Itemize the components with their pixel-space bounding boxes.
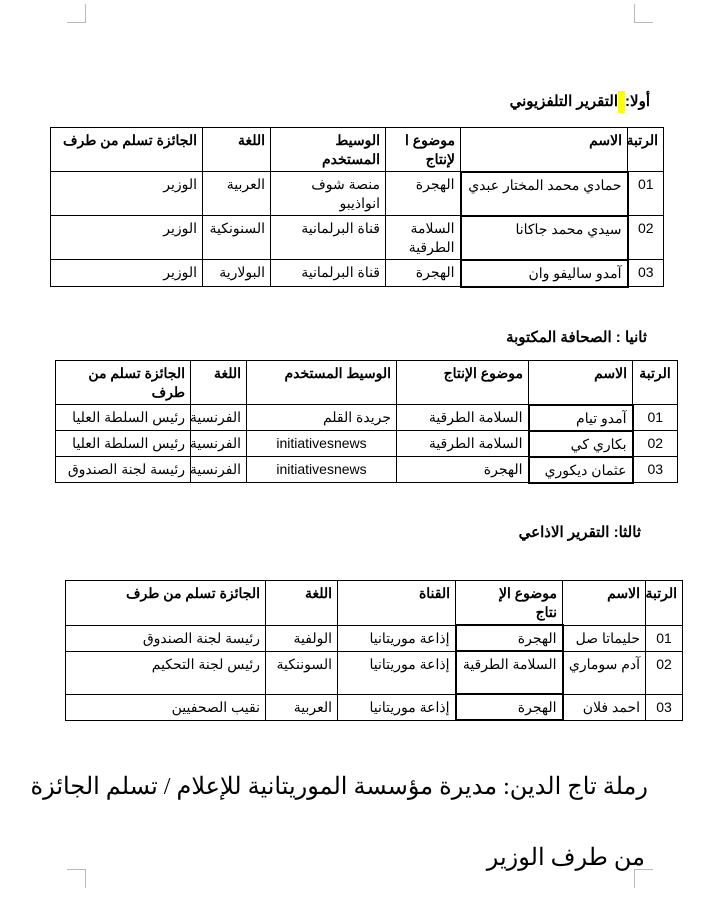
cell-prize: رئيس لجنة التحكيم bbox=[66, 651, 266, 694]
header-name: الاسم bbox=[529, 361, 633, 405]
cell-name: احمد فلان bbox=[563, 694, 646, 720]
cell-name: آمدو تيام bbox=[529, 405, 633, 431]
table-header-row: الرتبة الاسم موضوع ا لإنتاج الوسيط المست… bbox=[51, 128, 664, 172]
written-press-table: الرتبة الاسم موضوع الإنتاج الوسيط المستخ… bbox=[55, 360, 678, 484]
cell-language: العربية bbox=[203, 172, 271, 216]
table-header-row: الرتبة الاسم موضوع الإ نتاج القناة اللغة… bbox=[66, 581, 683, 626]
cell-subject: الهجرة bbox=[456, 694, 563, 720]
cell-language: الفرنسية bbox=[191, 405, 247, 431]
header-medium: الوسيط المستخدم bbox=[271, 128, 386, 172]
cell-subject: السلامة الطرقية bbox=[397, 431, 529, 457]
header-rank: الرتبة bbox=[628, 128, 664, 172]
header-subject: موضوع الإ نتاج bbox=[456, 581, 563, 626]
cell-name: آدم سوماري bbox=[563, 651, 646, 694]
header-name: الاسم bbox=[461, 128, 628, 172]
table-row: 02 سيدي محمد جاكانا السلامة الطرقية قناة… bbox=[51, 216, 664, 260]
cell-channel: إذاعة موريتانيا bbox=[338, 694, 456, 720]
cell-language: الفرنسية bbox=[191, 431, 247, 457]
tv-report-table: الرتبة الاسم موضوع ا لإنتاج الوسيط المست… bbox=[50, 127, 664, 288]
cell-language: الولفية bbox=[266, 625, 338, 651]
table-row: 03 عثمان ديكوري الهجرة initiativesnews ا… bbox=[56, 457, 678, 483]
header-prize: الجائزة تسلم من طرف bbox=[51, 128, 203, 172]
cell-language: السوننكية bbox=[266, 651, 338, 694]
cell-subject: الهجرة bbox=[386, 172, 461, 216]
header-medium-line1: الوسيط bbox=[276, 131, 380, 150]
page-boundary-mark-top-right bbox=[634, 4, 653, 23]
section-title-prefix: أولا: bbox=[625, 93, 650, 110]
cell-name: بكاري كي bbox=[529, 431, 633, 457]
cell-medium: قناة البرلمانية bbox=[271, 260, 386, 287]
cell-rank: 03 bbox=[646, 694, 683, 720]
table-row: 03 احمد فلان الهجرة إذاعة موريتانيا العر… bbox=[66, 694, 683, 720]
header-channel: القناة bbox=[338, 581, 456, 626]
cell-rank: 02 bbox=[628, 216, 664, 260]
cell-prize: نقيب الصحفيين bbox=[66, 694, 266, 720]
cell-prize: الوزير bbox=[51, 216, 203, 260]
table-row: 01 حليماتا صل الهجرة إذاعة موريتانيا الو… bbox=[66, 625, 683, 651]
header-prize: الجائزة تسلم من طرف bbox=[56, 361, 191, 405]
radio-report-table: الرتبة الاسم موضوع الإ نتاج القناة اللغة… bbox=[65, 580, 683, 721]
cell-medium: قناة البرلمانية bbox=[271, 216, 386, 260]
cell-subject: السلامة الطرقية bbox=[397, 405, 529, 431]
cell-rank: 01 bbox=[628, 172, 664, 216]
cell-rank: 01 bbox=[633, 405, 678, 431]
header-rank: الرتبة bbox=[633, 361, 678, 405]
cell-language: البولارية bbox=[203, 260, 271, 287]
table-row: 02 بكاري كي السلامة الطرقية initiativesn… bbox=[56, 431, 678, 457]
cell-name: حمادي محمد المختار عبدي bbox=[461, 172, 628, 216]
cell-prize: رئيسة لجنة الصندوق bbox=[66, 625, 266, 651]
cell-rank: 01 bbox=[646, 625, 683, 651]
cell-channel: إذاعة موريتانيا bbox=[338, 625, 456, 651]
header-language: اللغة bbox=[266, 581, 338, 626]
cell-language: الفرنسية bbox=[191, 457, 247, 483]
cell-subject: السلامة الطرقية bbox=[386, 216, 461, 260]
cell-rank: 03 bbox=[633, 457, 678, 483]
header-subject-line2: نتاج bbox=[461, 603, 557, 622]
header-medium: الوسيط المستخدم bbox=[247, 361, 397, 405]
table-row: 01 آمدو تيام السلامة الطرقية جريدة القلم… bbox=[56, 405, 678, 431]
cell-language: العربية bbox=[266, 694, 338, 720]
header-subject-line1: موضوع الإ bbox=[461, 584, 557, 603]
header-subject-line2: لإنتاج bbox=[391, 150, 455, 169]
cell-prize: رئيسة لجنة الصندوق bbox=[56, 457, 191, 483]
header-prize: الجائزة تسلم من طرف bbox=[66, 581, 266, 626]
cell-prize: رئيس السلطة العليا bbox=[56, 405, 191, 431]
cell-medium: جريدة القلم bbox=[247, 405, 397, 431]
header-language: اللغة bbox=[191, 361, 247, 405]
header-language: اللغة bbox=[203, 128, 271, 172]
header-subject: موضوع ا لإنتاج bbox=[386, 128, 461, 172]
table-row: 02 آدم سوماري السلامة الطرقية إذاعة موري… bbox=[66, 651, 683, 694]
cell-medium: initiativesnews bbox=[247, 457, 397, 483]
cell-rank: 03 bbox=[628, 260, 664, 287]
header-name: الاسم bbox=[563, 581, 646, 626]
header-rank: الرتبة bbox=[646, 581, 683, 626]
page-boundary-mark-top-left bbox=[67, 4, 86, 23]
section-title-text: التقرير التلفزيوني bbox=[510, 93, 618, 110]
table-row: 03 آمدو ساليفو وان الهجرة قناة البرلماني… bbox=[51, 260, 664, 287]
cell-prize: رئيس السلطة العليا bbox=[56, 431, 191, 457]
section-title-radio-report: ثالثا: التقرير الاذاعي bbox=[519, 522, 641, 544]
footer-attribution-line1: رملة تاج الدين: مديرة مؤسسة الموريتانية … bbox=[31, 772, 648, 802]
footer-attribution-line2: من طرف الوزير bbox=[487, 843, 645, 873]
header-medium-line2: المستخدم bbox=[276, 150, 380, 169]
cell-rank: 02 bbox=[646, 651, 683, 694]
header-subject: موضوع الإنتاج bbox=[397, 361, 529, 405]
cell-channel: إذاعة موريتانيا bbox=[338, 651, 456, 694]
table-header-row: الرتبة الاسم موضوع الإنتاج الوسيط المستخ… bbox=[56, 361, 678, 405]
cell-prize: الوزير bbox=[51, 260, 203, 287]
cell-medium: initiativesnews bbox=[247, 431, 397, 457]
section-title-tv-report: أولا: التقرير التلفزيوني bbox=[510, 91, 650, 113]
cell-language: السنونكية bbox=[203, 216, 271, 260]
cell-subject: الهجرة bbox=[386, 260, 461, 287]
cell-name: سيدي محمد جاكانا bbox=[461, 216, 628, 260]
cell-subject: السلامة الطرقية bbox=[456, 651, 563, 694]
page-boundary-mark-bottom-left bbox=[67, 869, 86, 888]
cell-medium: منصة شوف انواذيبو bbox=[271, 172, 386, 216]
cell-subject: الهجرة bbox=[456, 625, 563, 651]
header-subject-line1: موضوع ا bbox=[391, 131, 455, 150]
cell-rank: 02 bbox=[633, 431, 678, 457]
table-row: 01 حمادي محمد المختار عبدي الهجرة منصة ش… bbox=[51, 172, 664, 216]
section-title-written-press: ثانيا : الصحافة المكتوبة bbox=[506, 327, 647, 349]
cell-name: عثمان ديكوري bbox=[529, 457, 633, 483]
title-highlight bbox=[618, 91, 625, 113]
cell-name: حليماتا صل bbox=[563, 625, 646, 651]
cell-subject: الهجرة bbox=[397, 457, 529, 483]
cell-prize: الوزير bbox=[51, 172, 203, 216]
cell-name: آمدو ساليفو وان bbox=[461, 260, 628, 287]
